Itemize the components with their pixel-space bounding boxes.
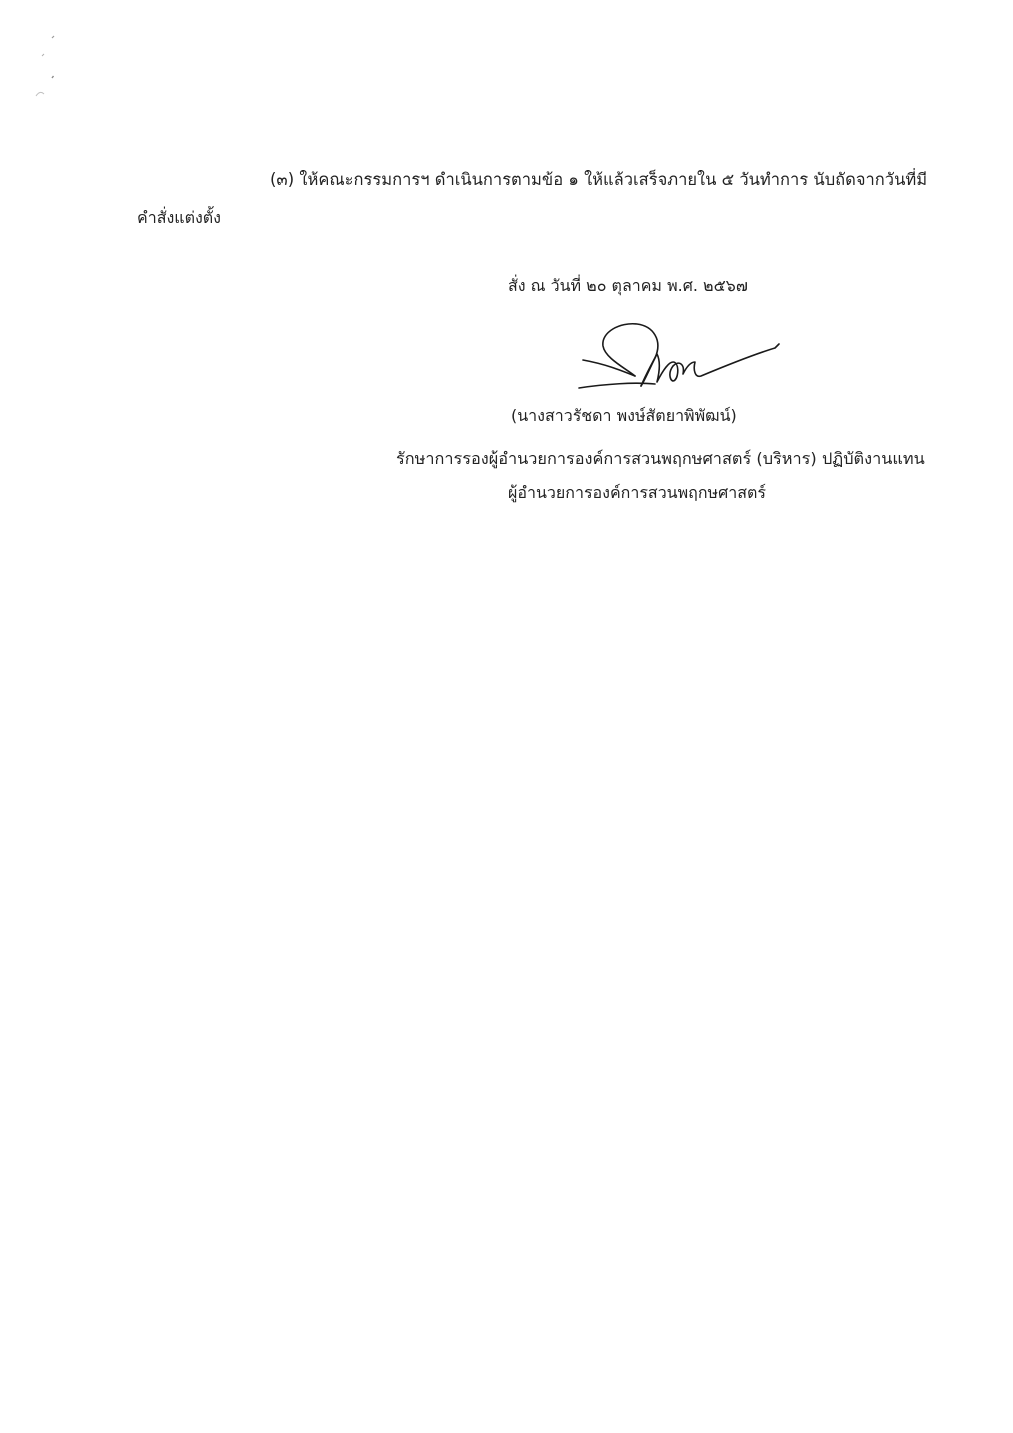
- signer-title-line1: รักษาการรองผู้อำนวยการองค์การสวนพฤกษศาสต…: [396, 448, 925, 470]
- signer-title-line2: ผู้อำนวยการองค์การสวนพฤกษศาสตร์: [508, 482, 766, 504]
- signer-name: (นางสาวรัชดา พงษ์สัตยาพิพัฒน์): [511, 405, 737, 427]
- clause-3-line2: คำสั่งแต่งตั้ง: [137, 207, 221, 229]
- order-date: สั่ง ณ วันที่ ๒๐ ตุลาคม พ.ศ. ๒๕๖๗: [508, 275, 748, 297]
- signature-icon: [575, 318, 785, 398]
- scan-specks-icon: [28, 30, 58, 100]
- document-page: (๓) ให้คณะกรรมการฯ ดำเนินการตามข้อ ๑ ให้…: [0, 0, 1013, 1433]
- clause-3-line1: (๓) ให้คณะกรรมการฯ ดำเนินการตามข้อ ๑ ให้…: [270, 169, 927, 191]
